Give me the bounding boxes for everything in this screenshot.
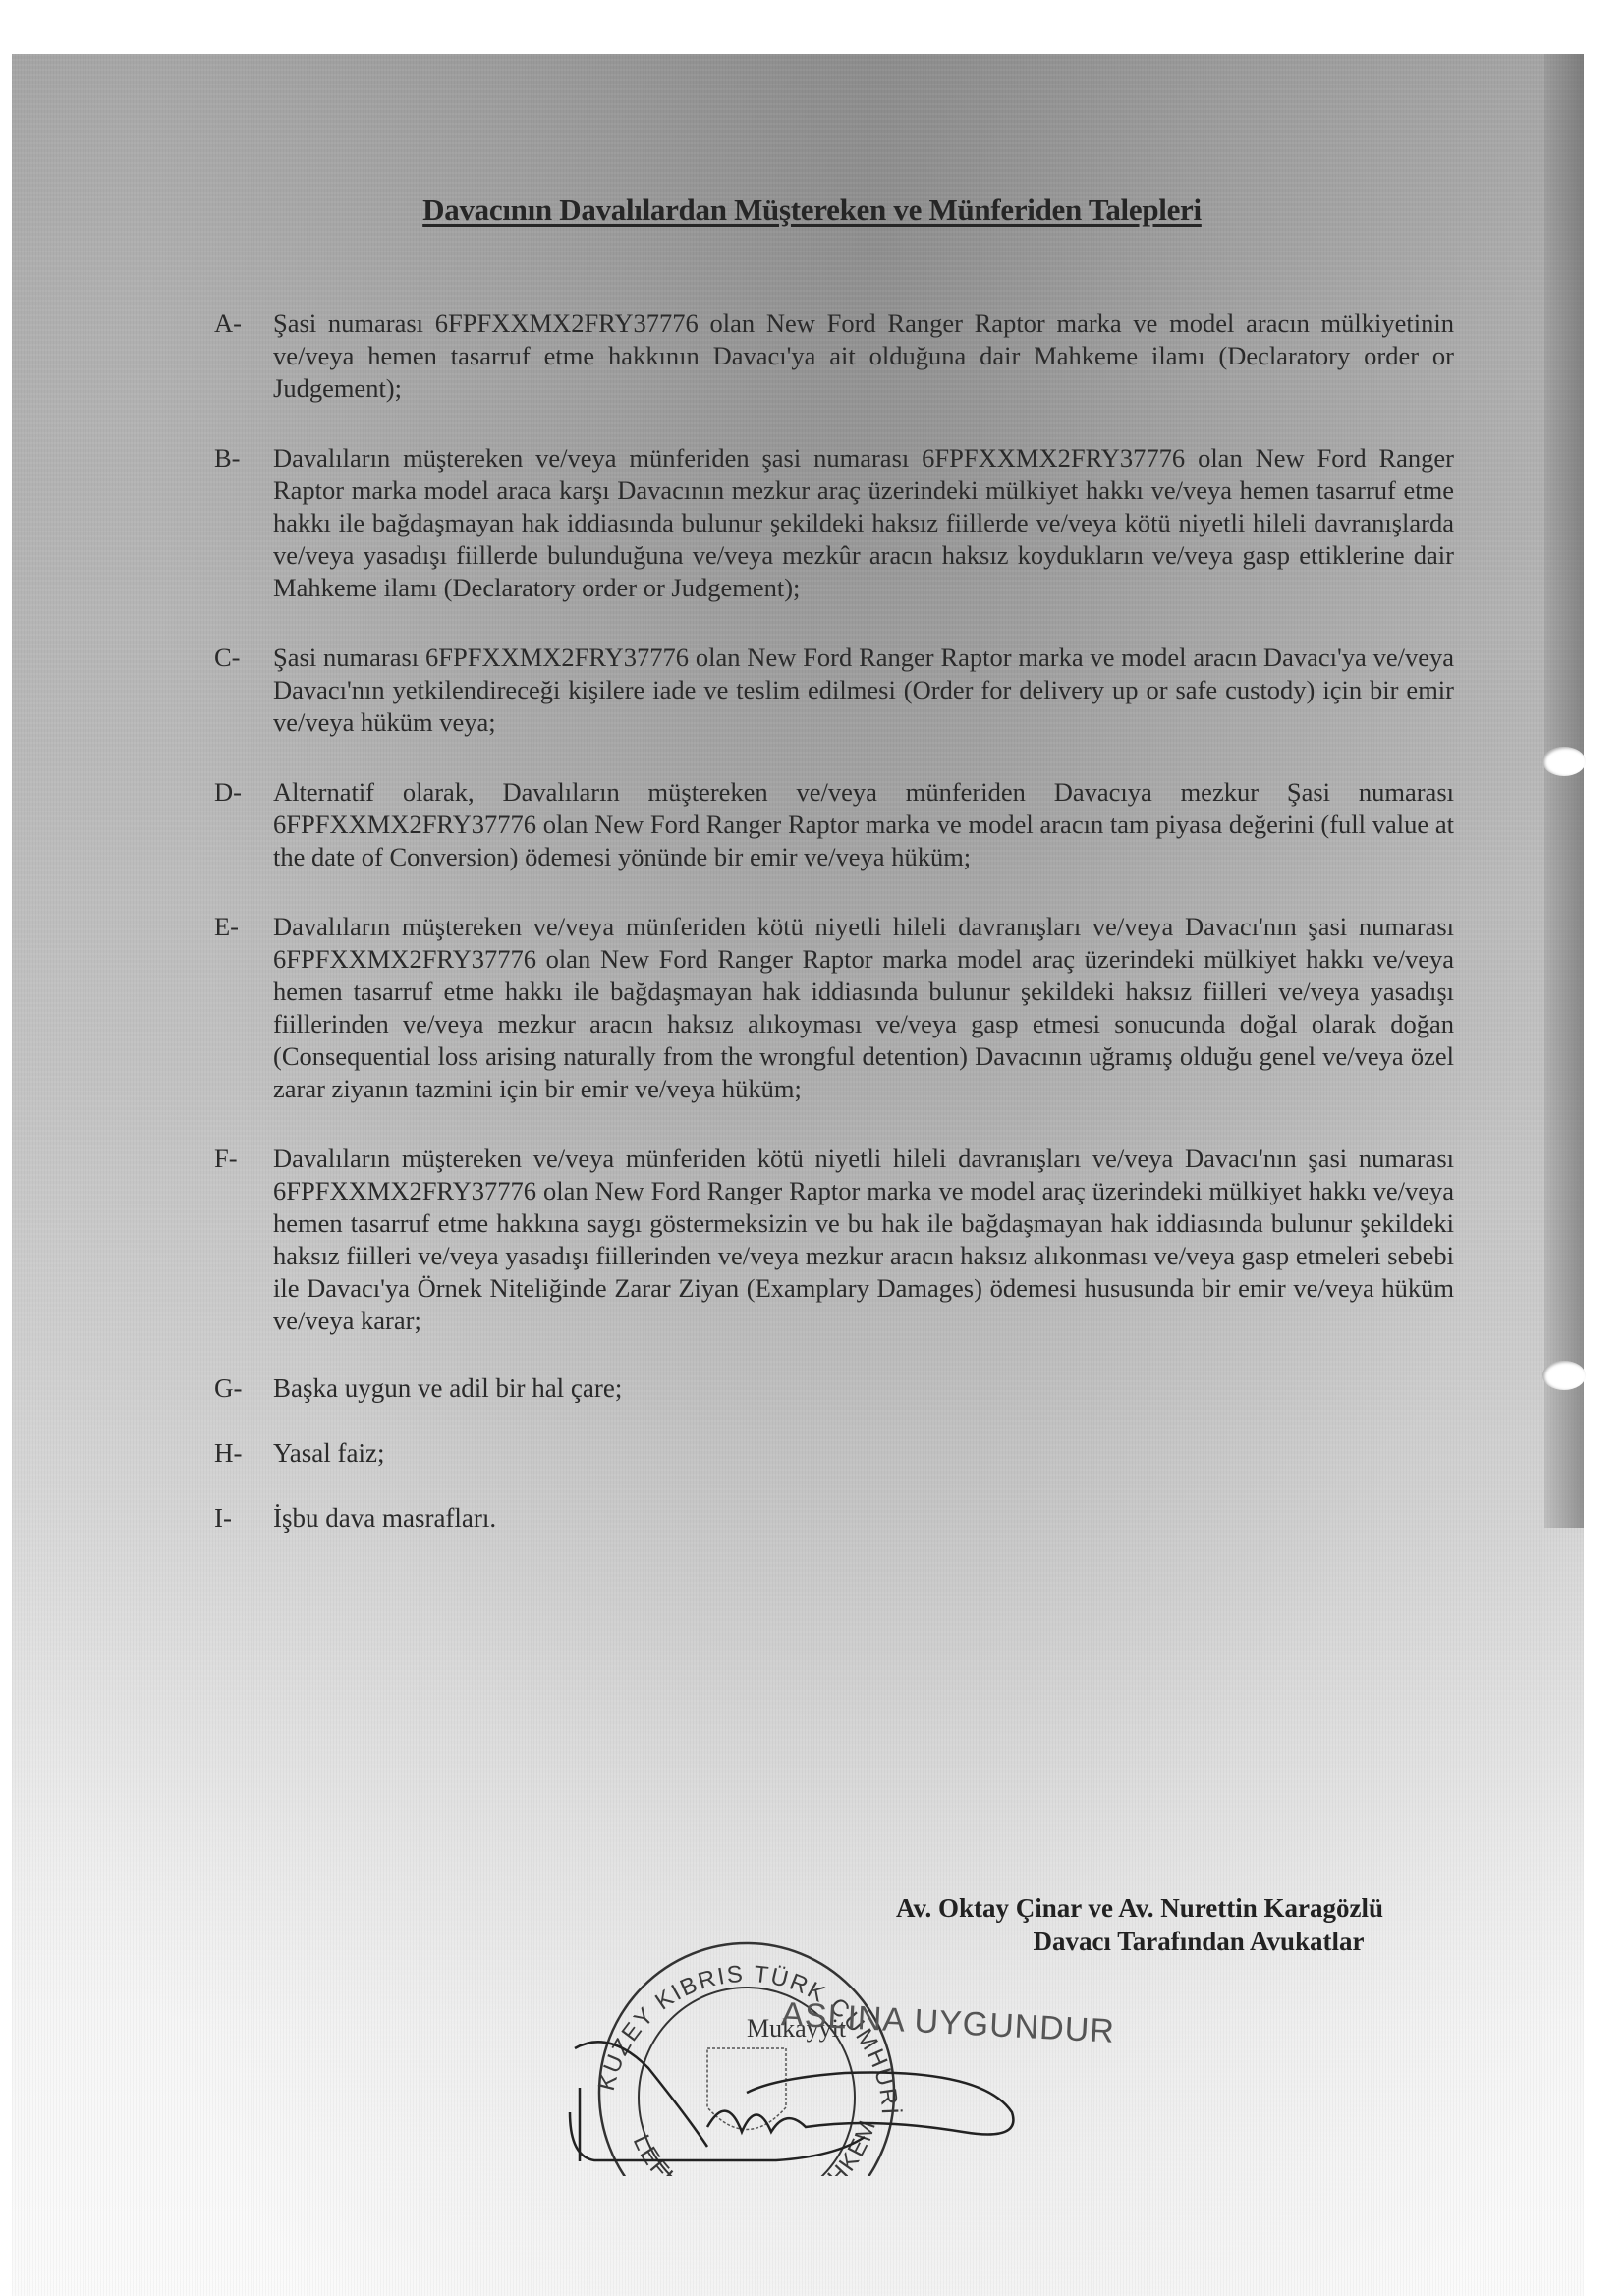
claim-letter: C- [214,642,241,674]
claim-letter: G- [214,1372,243,1405]
claim-letter: F- [214,1143,238,1175]
claim-g: G- Başka uygun ve adil bir hal çare; [206,1372,1454,1405]
claim-letter: A- [214,308,242,340]
claim-h: H- Yasal faiz; [206,1437,1454,1470]
court-stamp-icon: KUZEY KIBRIS TÜRK CUMHURİYETİ LEFKOŞA KA… [550,1921,1100,2176]
svg-text:LEFKOŞA KAZA MAHKEMESİ: LEFKOŞA KAZA MAHKEMESİ [550,1921,882,2176]
claim-d: D- Alternatif olarak, Davalıların müşter… [206,776,1454,873]
claim-i: I- İşbu dava masrafları. [206,1502,1454,1535]
claims-list: A- Şasi numarası 6FPFXXMX2FRY37776 olan … [206,260,1454,1535]
claim-e: E- Davalıların müştereken ve/veya münfer… [206,911,1454,1105]
claim-text: Şasi numarası 6FPFXXMX2FRY37776 olan New… [273,642,1454,739]
claim-text: Şasi numarası 6FPFXXMX2FRY37776 olan New… [273,308,1454,405]
claim-f: F- Davalıların müştereken ve/veya münfer… [206,1143,1454,1337]
page-edge-shadow [1544,54,1584,1528]
claim-c: C- Şasi numarası 6FPFXXMX2FRY37776 olan … [206,642,1454,739]
claim-letter: E- [214,911,239,943]
claim-text: Davalıların müştereken ve/veya münferide… [273,442,1454,604]
document-title-text: Davacının Davalılardan Müştereken ve Mün… [422,193,1202,227]
claim-letter: I- [214,1502,232,1535]
claim-letter: D- [214,776,242,809]
document-title: Davacının Davalılardan Müştereken ve Mün… [0,193,1624,228]
claim-text: Davalıların müştereken ve/veya münferide… [273,911,1454,1105]
claim-b: B- Davalıların müştereken ve/veya münfer… [206,442,1454,604]
claim-letter: B- [214,442,241,475]
claim-a: A- Şasi numarası 6FPFXXMX2FRY37776 olan … [206,308,1454,405]
lawyer-names: Av. Oktay Çinar ve Av. Nurettin Karagözl… [806,1891,1474,1925]
punch-hole-top [1542,747,1586,776]
claim-letter: H- [214,1437,243,1470]
claim-text: Başka uygun ve adil bir hal çare; [273,1372,1454,1405]
claim-text: Davalıların müştereken ve/veya münferide… [273,1143,1454,1337]
stamp-ring-bottom: LEFKOŞA KAZA MAHKEMESİ [550,1921,882,2176]
punch-hole-bottom [1542,1361,1586,1390]
claim-text: Alternatif olarak, Davalıların müştereke… [273,776,1454,873]
claim-text: Yasal faiz; [273,1437,1454,1470]
claim-text: İşbu dava masrafları. [273,1502,1454,1535]
